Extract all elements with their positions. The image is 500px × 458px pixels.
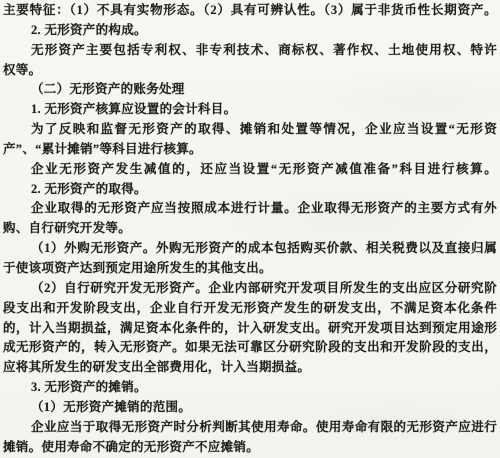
text-line: 企业无形资产发生减值的，还应当设置“无形资产减值准备”科目进行核算。 <box>3 160 497 180</box>
heading-line: 2. 无形资产的构成。 <box>3 21 497 41</box>
heading-line: 1. 无形资产核算应设置的会计科目。 <box>3 100 497 120</box>
text-line: 无形资产主要包括专利权、非专利技术、商标权、著作权、土地使用权、特许 <box>3 41 497 61</box>
heading-line: 2. 无形资产的取得。 <box>3 180 497 200</box>
text-line: 企业应当于取得无形资产时分析判断其使用寿命。使用寿命有限的无形资产应进行 <box>3 418 497 438</box>
text-line: 的，计入当期损益，满足资本化条件的，计入研发支出。研究开发项目达到预定用途形 <box>3 319 497 339</box>
text-line: 主要特征：（1）不具有实物形态。（2）具有可辨认性。（3）属于非货币性长期资产。 <box>3 1 497 21</box>
heading-line: （1）无形资产摊销的范围。 <box>3 398 497 418</box>
text-line: 于使该项资产达到预定用途所发生的其他支出。 <box>3 259 497 279</box>
text-line: 段支出和开发阶段支出，企业自行开发无形资产发生的研发支出，不满足资本化条件 <box>3 299 497 319</box>
text-line: （1）外购无形资产。外购无形资产的成本包括购买价款、相关税费以及直接归属 <box>3 239 497 259</box>
scanned-document-page: 主要特征：（1）不具有实物形态。（2）具有可辨认性。（3）属于非货币性长期资产。… <box>0 0 500 458</box>
heading-line: 3. 无形资产的摊销。 <box>3 378 497 398</box>
heading-line: （二）无形资产的账务处理 <box>3 80 497 100</box>
text-line: 为了反映和监督无形资产的取得、摊销和处置等情况，企业应当设置“无形资 <box>3 120 497 140</box>
text-line: 应将其所发生的研发支出全部费用化，计入当期损益。 <box>3 358 497 378</box>
text-line: 成无形资产的，转入无形资产。如果无法可靠区分研究阶段的支出和开发阶段的支出， <box>3 338 497 358</box>
text-line: 产”、“累计摊销”等科目进行核算。 <box>3 140 497 160</box>
text-line: 权等。 <box>3 61 497 81</box>
text-line: （2）自行研究开发无形资产。企业内部研究开发项目所发生的支出应区分研究阶 <box>3 279 497 299</box>
text-line: 摊销。使用寿命不确定的无形资产不应摊销。 <box>3 438 497 458</box>
text-line: 企业取得的无形资产应当按照成本进行计量。企业取得无形资产的主要方式有外 <box>3 199 497 219</box>
text-line: 购、自行研究开发等。 <box>3 219 497 239</box>
